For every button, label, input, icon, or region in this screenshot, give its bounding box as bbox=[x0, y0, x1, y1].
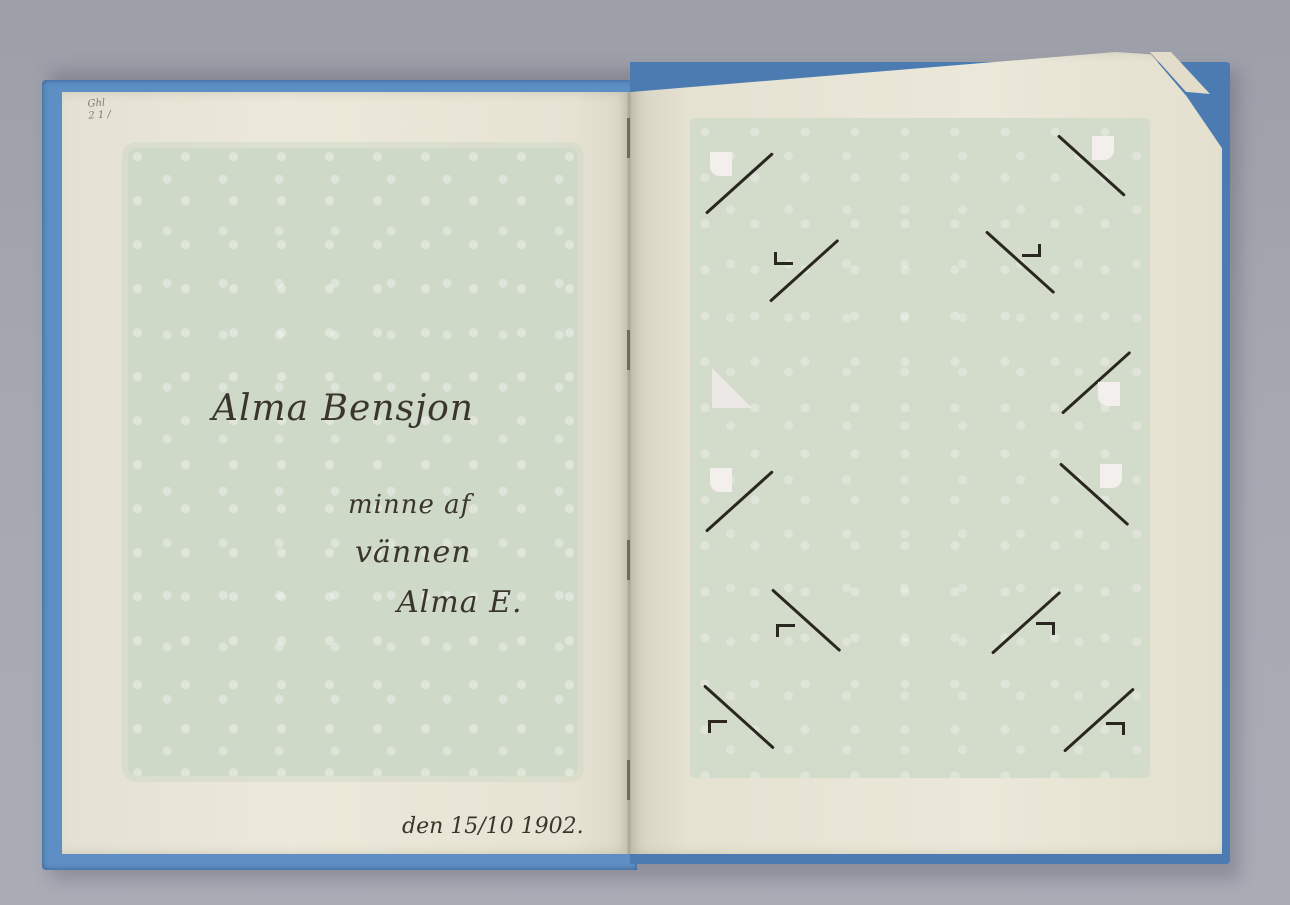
photo-corner-tab bbox=[1092, 136, 1114, 160]
pencil-note-line: 2 1 / bbox=[88, 109, 111, 123]
inscription-line-2: vännen bbox=[355, 535, 472, 570]
inscription-line-3: Alma E. bbox=[397, 585, 523, 620]
inscription-date: den 15/10 1902. bbox=[402, 814, 584, 839]
photo-corner-notch bbox=[1036, 622, 1055, 635]
staple bbox=[627, 540, 630, 580]
photo-corner-notch bbox=[708, 720, 727, 733]
photo-corner-tab bbox=[1100, 464, 1122, 488]
photo-corner-tab bbox=[710, 152, 732, 176]
staple bbox=[627, 118, 630, 158]
photo-corner-tab bbox=[1098, 382, 1120, 406]
inscription-line-1: minne af bbox=[348, 490, 471, 520]
photo-corner-notch bbox=[1106, 722, 1125, 735]
right-page-floral-panel bbox=[690, 118, 1150, 778]
staple bbox=[627, 330, 630, 370]
staple bbox=[627, 760, 630, 800]
photo-corner-notch bbox=[776, 624, 795, 637]
photo-corner-tab bbox=[710, 468, 732, 492]
inscription-name: Alma Bensjon bbox=[212, 388, 474, 429]
left-page-floral-panel bbox=[128, 148, 578, 776]
book-gutter bbox=[627, 92, 632, 854]
photo-corner-notch bbox=[774, 252, 793, 265]
photo-corner-notch bbox=[1022, 244, 1041, 257]
pencil-note: Ghl 2 1 / bbox=[87, 97, 111, 123]
